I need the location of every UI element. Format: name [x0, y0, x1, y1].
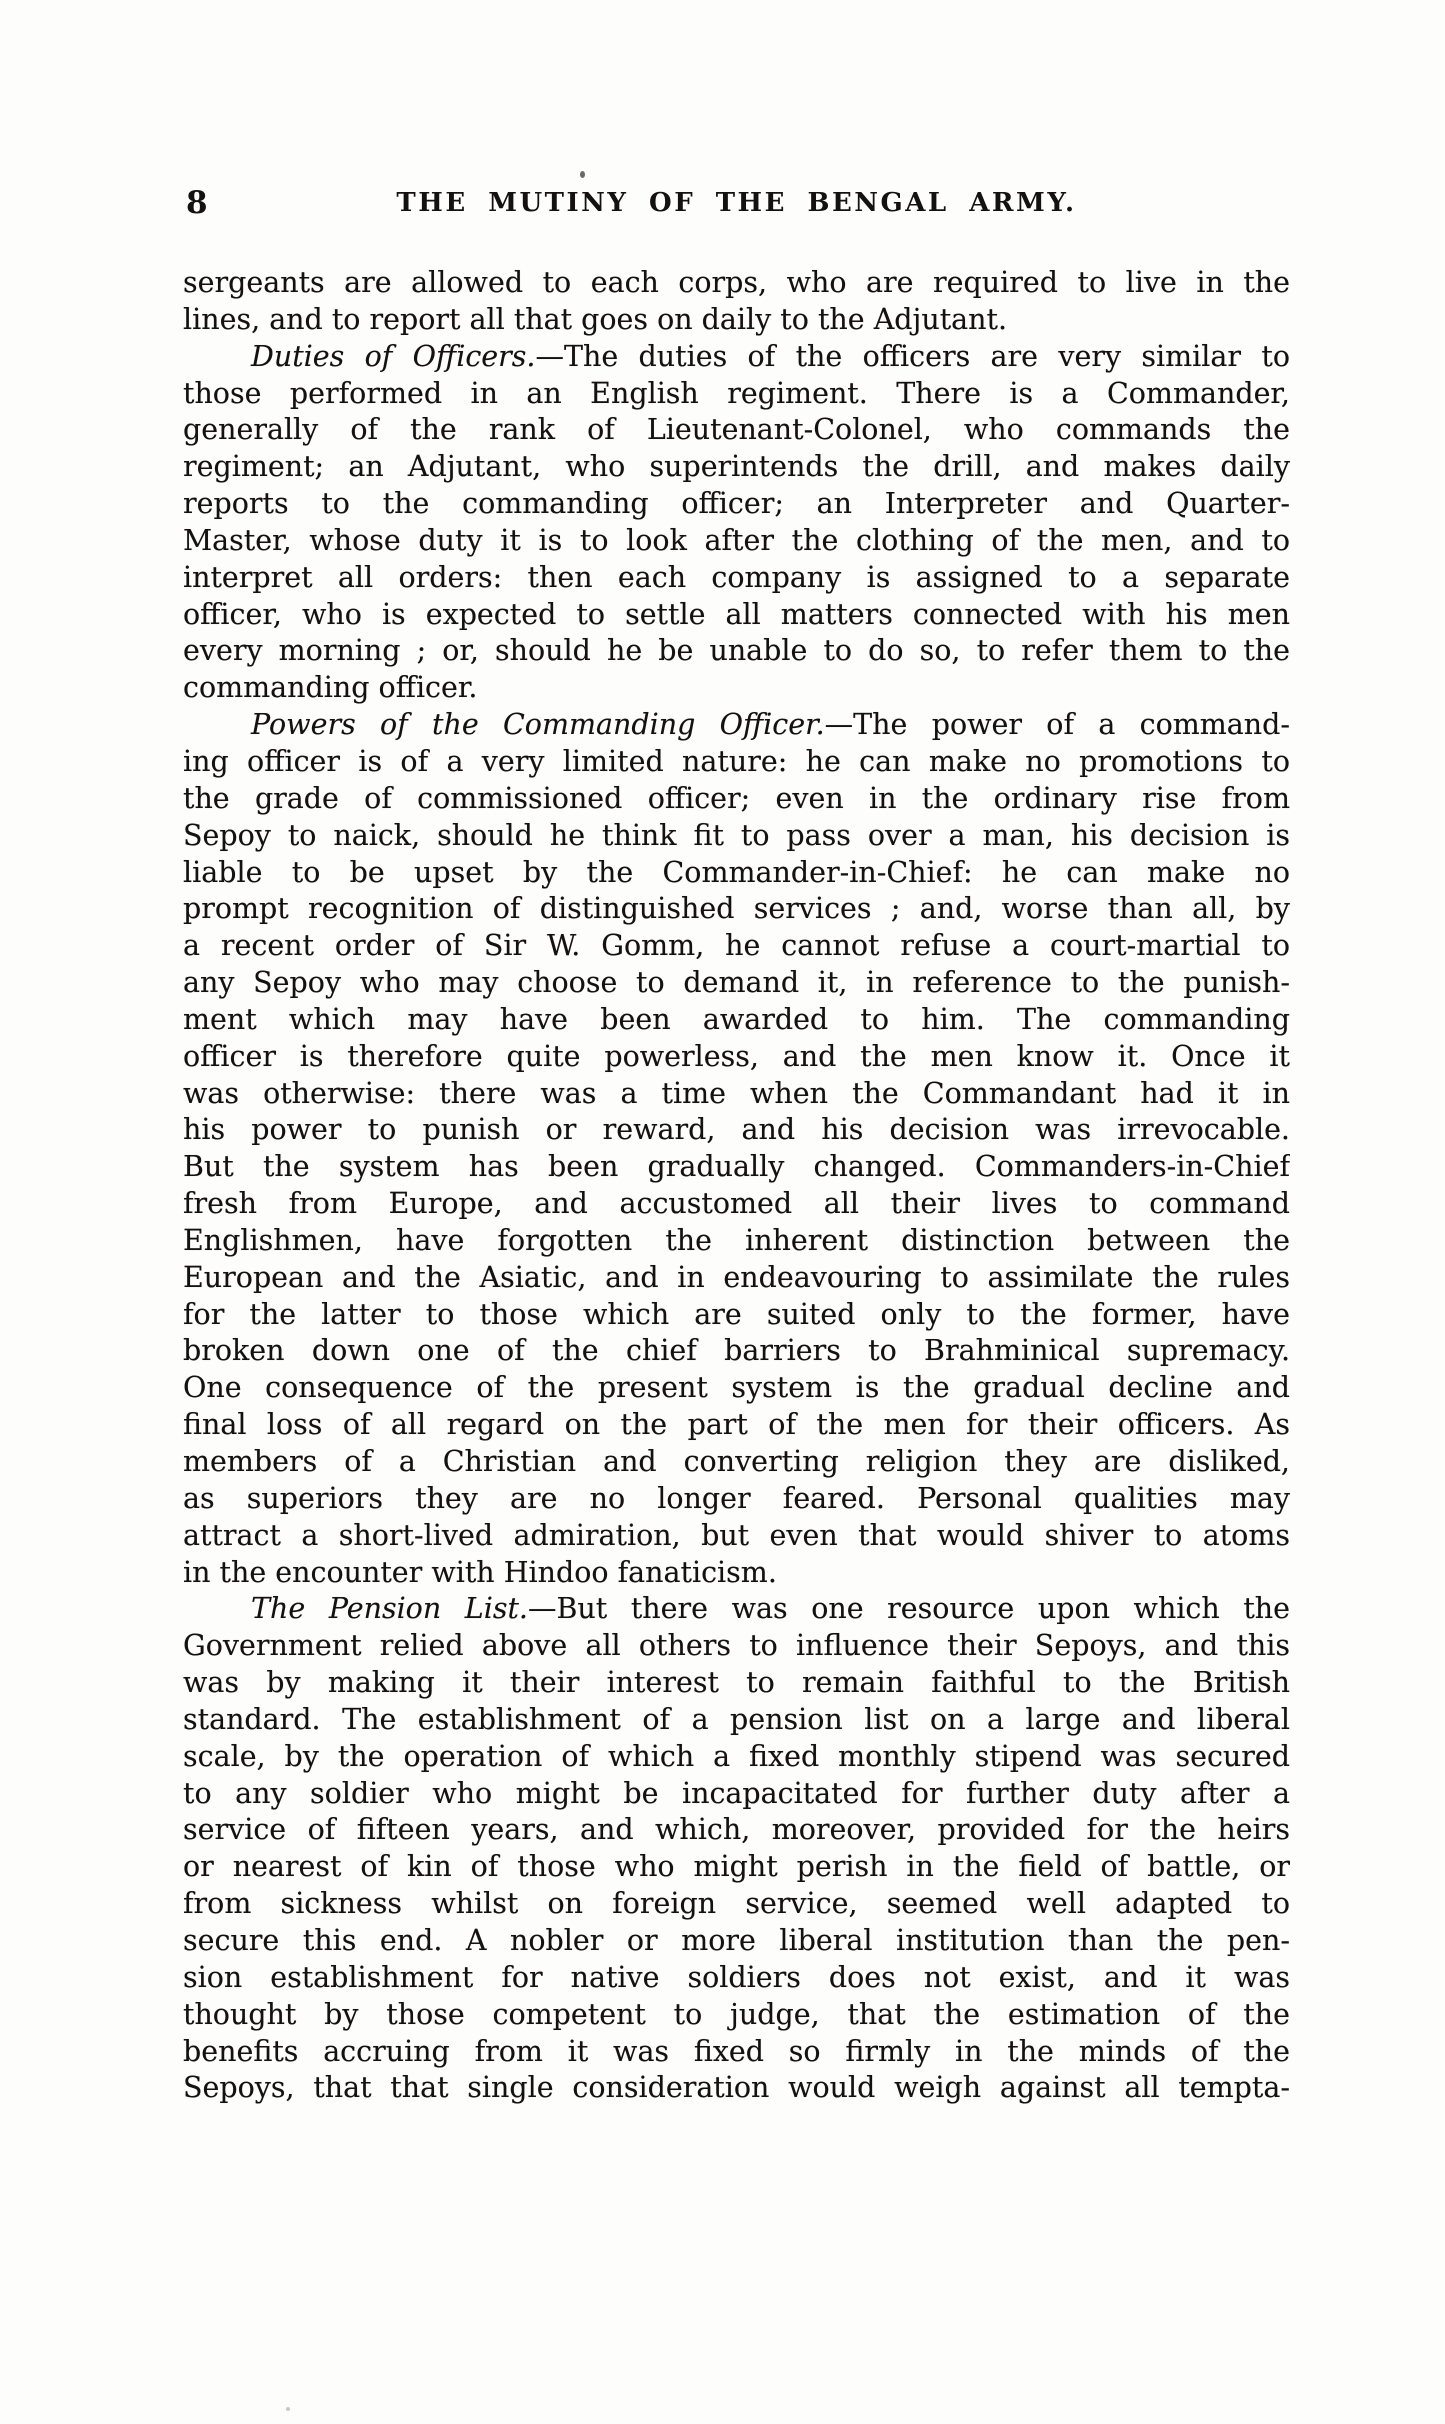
text-line: Sepoys, that that single consideration w…: [183, 2070, 1290, 2107]
ink-speck: [286, 2407, 290, 2411]
text-line: European and the Asiatic, and in endeavo…: [183, 1260, 1290, 1297]
section-heading-lead: Powers of the Commanding Officer.: [251, 708, 825, 741]
ink-speck: [580, 171, 585, 178]
book-page: 8 THE MUTINY OF THE BENGAL ARMY. sergean…: [0, 0, 1445, 2424]
text-line: officer is therefore quite powerless, an…: [183, 1039, 1290, 1076]
text-line: Duties of Officers.—The duties of the of…: [183, 339, 1290, 376]
text-line: The Pension List.—But there was one reso…: [183, 1591, 1290, 1628]
text-line: interpret all orders: then each company …: [183, 560, 1290, 597]
page-content: 8 THE MUTINY OF THE BENGAL ARMY. sergean…: [183, 186, 1290, 2107]
text-line: broken down one of the chief barriers to…: [183, 1333, 1290, 1370]
text-line: standard. The establishment of a pension…: [183, 1702, 1290, 1739]
page-header: 8 THE MUTINY OF THE BENGAL ARMY.: [183, 186, 1290, 220]
body-text: sergeants are allowed to each corps, who…: [183, 265, 1290, 2107]
text-line: sion establishment for native soldiers d…: [183, 1960, 1290, 1997]
text-line: every morning ; or, should he be unable …: [183, 633, 1290, 670]
text-line: ment which may have been awarded to him.…: [183, 1002, 1290, 1039]
text-line: lines, and to report all that goes on da…: [183, 302, 1290, 339]
text-line: those performed in an English regiment. …: [183, 376, 1290, 413]
text-line: to any soldier who might be incapacitate…: [183, 1776, 1290, 1813]
text-line: scale, by the operation of which a fixed…: [183, 1739, 1290, 1776]
section-heading-lead: Duties of Officers.: [251, 340, 535, 373]
text-line: sergeants are allowed to each corps, who…: [183, 265, 1290, 302]
text-line: was otherwise: there was a time when the…: [183, 1076, 1290, 1113]
paragraph: Duties of Officers.—The duties of the of…: [183, 339, 1290, 707]
text-line: the grade of commissioned officer; even …: [183, 781, 1290, 818]
text-line: officer, who is expected to settle all m…: [183, 597, 1290, 634]
text-line: ing officer is of a very limited nature:…: [183, 744, 1290, 781]
text-line: thought by those competent to judge, tha…: [183, 1997, 1290, 2034]
text-line: Government relied above all others to in…: [183, 1628, 1290, 1665]
paragraph: Powers of the Commanding Officer.—The po…: [183, 707, 1290, 1591]
text-line: fresh from Europe, and accustomed all th…: [183, 1186, 1290, 1223]
text-line: service of fifteen years, and which, mor…: [183, 1812, 1290, 1849]
text-line: liable to be upset by the Commander-in-C…: [183, 855, 1290, 892]
text-line: a recent order of Sir W. Gomm, he cannot…: [183, 928, 1290, 965]
section-heading-lead: The Pension List.: [251, 1592, 528, 1625]
text-line: One consequence of the present system is…: [183, 1370, 1290, 1407]
paragraph: sergeants are allowed to each corps, who…: [183, 265, 1290, 339]
text-line: his power to punish or reward, and his d…: [183, 1112, 1290, 1149]
text-line: generally of the rank of Lieutenant-Colo…: [183, 412, 1290, 449]
text-line: final loss of all regard on the part of …: [183, 1407, 1290, 1444]
text-line: regiment; an Adjutant, who superintends …: [183, 449, 1290, 486]
paragraph: The Pension List.—But there was one reso…: [183, 1591, 1290, 2107]
text-line: was by making it their interest to remai…: [183, 1665, 1290, 1702]
text-line: from sickness whilst on foreign service,…: [183, 1886, 1290, 1923]
text-line: Master, whose duty it is to look after t…: [183, 523, 1290, 560]
text-line: Sepoy to naick, should he think fit to p…: [183, 818, 1290, 855]
text-line: Englishmen, have forgotten the inherent …: [183, 1223, 1290, 1260]
text-line: for the latter to those which are suited…: [183, 1297, 1290, 1334]
text-line: reports to the commanding officer; an In…: [183, 486, 1290, 523]
text-line: any Sepoy who may choose to demand it, i…: [183, 965, 1290, 1002]
text-line: secure this end. A nobler or more libera…: [183, 1923, 1290, 1960]
text-line: or nearest of kin of those who might per…: [183, 1849, 1290, 1886]
page-number: 8: [186, 186, 209, 220]
text-line: as superiors they are no longer feared. …: [183, 1481, 1290, 1518]
text-line: attract a short-lived admiration, but ev…: [183, 1518, 1290, 1555]
text-line: members of a Christian and converting re…: [183, 1444, 1290, 1481]
text-line: commanding officer.: [183, 670, 1290, 707]
text-line: Powers of the Commanding Officer.—The po…: [183, 707, 1290, 744]
text-line: But the system has been gradually change…: [183, 1149, 1290, 1186]
text-line: in the encounter with Hindoo fanaticism.: [183, 1555, 1290, 1592]
text-line: benefits accruing from it was fixed so f…: [183, 2034, 1290, 2071]
running-title: THE MUTINY OF THE BENGAL ARMY.: [183, 186, 1290, 220]
text-line: prompt recognition of distinguished serv…: [183, 891, 1290, 928]
